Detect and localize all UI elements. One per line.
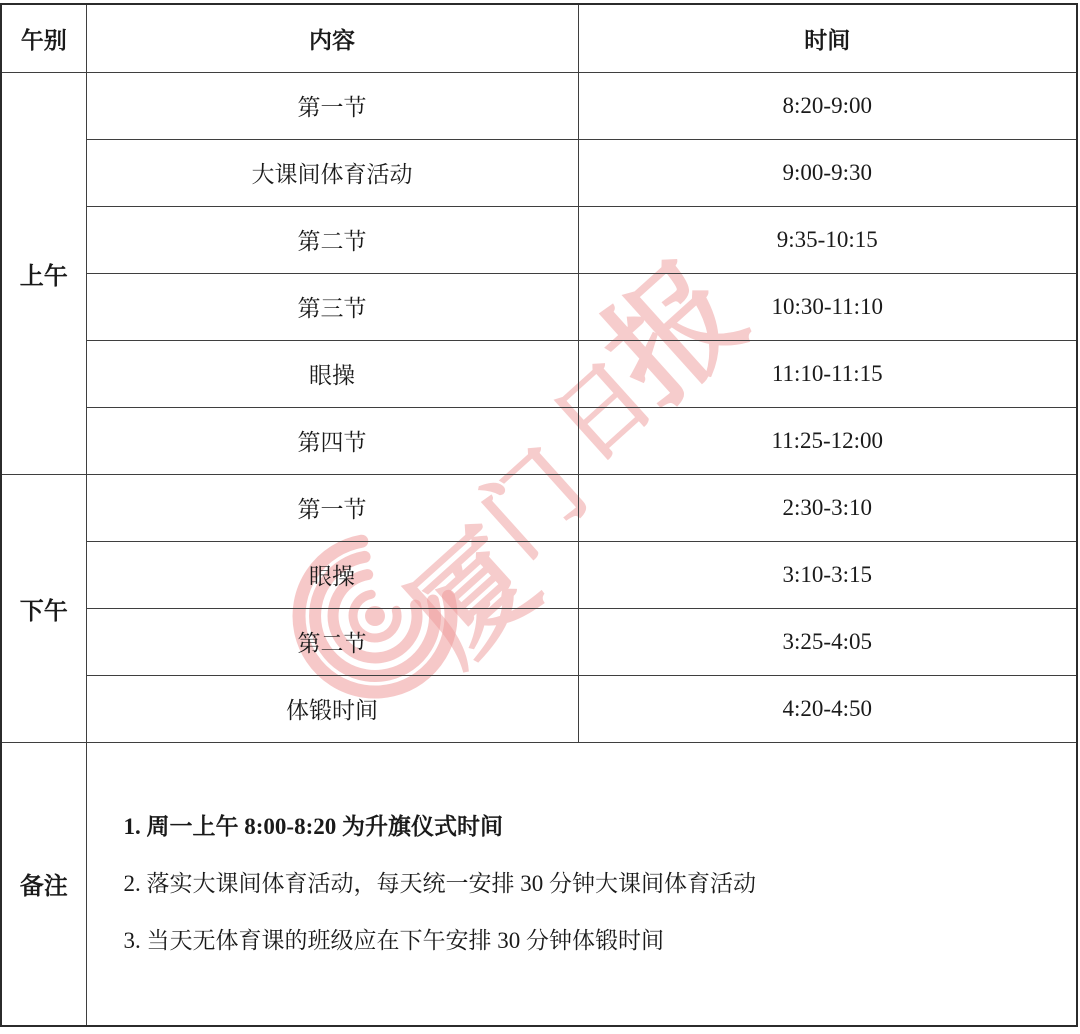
header-time: 时间: [578, 4, 1077, 72]
cell-time: 4:20-4:50: [578, 675, 1077, 742]
cell-time: 3:25-4:05: [578, 608, 1077, 675]
cell-content: 第四节: [86, 407, 578, 474]
cell-time: 11:10-11:15: [578, 340, 1077, 407]
table-row: 大课间体育活动 9:00-9:30: [1, 139, 1077, 206]
table-row: 第二节 3:25-4:05: [1, 608, 1077, 675]
cell-content: 第二节: [86, 206, 578, 273]
cell-time: 8:20-9:00: [578, 72, 1077, 139]
cell-content: 体锻时间: [86, 675, 578, 742]
notes-row: 备注 1. 周一上午 8:00-8:20 为升旗仪式时间 2. 落实大课间体育活…: [1, 742, 1077, 1026]
table-row: 下午 第一节 2:30-3:10: [1, 474, 1077, 541]
cell-content: 第一节: [86, 72, 578, 139]
header-period: 午别: [1, 4, 86, 72]
table-row: 第四节 11:25-12:00: [1, 407, 1077, 474]
note-item-1: 1. 周一上午 8:00-8:20 为升旗仪式时间: [124, 798, 1057, 855]
cell-time: 3:10-3:15: [578, 541, 1077, 608]
table-row: 上午 第一节 8:20-9:00: [1, 72, 1077, 139]
table-row: 眼操 3:10-3:15: [1, 541, 1077, 608]
note-item-3: 3. 当天无体育课的班级应在下午安排 30 分钟体锻时间: [124, 912, 1057, 969]
section-label-morning: 上午: [1, 72, 86, 474]
note-item-2: 2. 落实大课间体育活动，每天统一安排 30 分钟大课间体育活动: [124, 855, 1057, 912]
timetable: 午别 内容 时间 上午 第一节 8:20-9:00 大课间体育活动 9:00-9…: [0, 3, 1078, 1027]
cell-time: 11:25-12:00: [578, 407, 1077, 474]
cell-time: 9:35-10:15: [578, 206, 1077, 273]
table-row: 眼操 11:10-11:15: [1, 340, 1077, 407]
schedule-page: 厦 门 日 报 午别 内容 时间 上午 第一节 8:20-9:00 大课间体育活…: [0, 0, 1080, 1034]
cell-time: 9:00-9:30: [578, 139, 1077, 206]
cell-content: 大课间体育活动: [86, 139, 578, 206]
cell-content: 第二节: [86, 608, 578, 675]
table-row: 体锻时间 4:20-4:50: [1, 675, 1077, 742]
cell-time: 10:30-11:10: [578, 273, 1077, 340]
table-row: 第二节 9:35-10:15: [1, 206, 1077, 273]
section-label-notes: 备注: [1, 742, 86, 1026]
cell-content: 第一节: [86, 474, 578, 541]
cell-content: 眼操: [86, 541, 578, 608]
section-label-afternoon: 下午: [1, 474, 86, 742]
table-row: 第三节 10:30-11:10: [1, 273, 1077, 340]
cell-content: 第三节: [86, 273, 578, 340]
header-content: 内容: [86, 4, 578, 72]
notes-cell: 1. 周一上午 8:00-8:20 为升旗仪式时间 2. 落实大课间体育活动，每…: [86, 742, 1077, 1026]
cell-content: 眼操: [86, 340, 578, 407]
header-row: 午别 内容 时间: [1, 4, 1077, 72]
cell-time: 2:30-3:10: [578, 474, 1077, 541]
